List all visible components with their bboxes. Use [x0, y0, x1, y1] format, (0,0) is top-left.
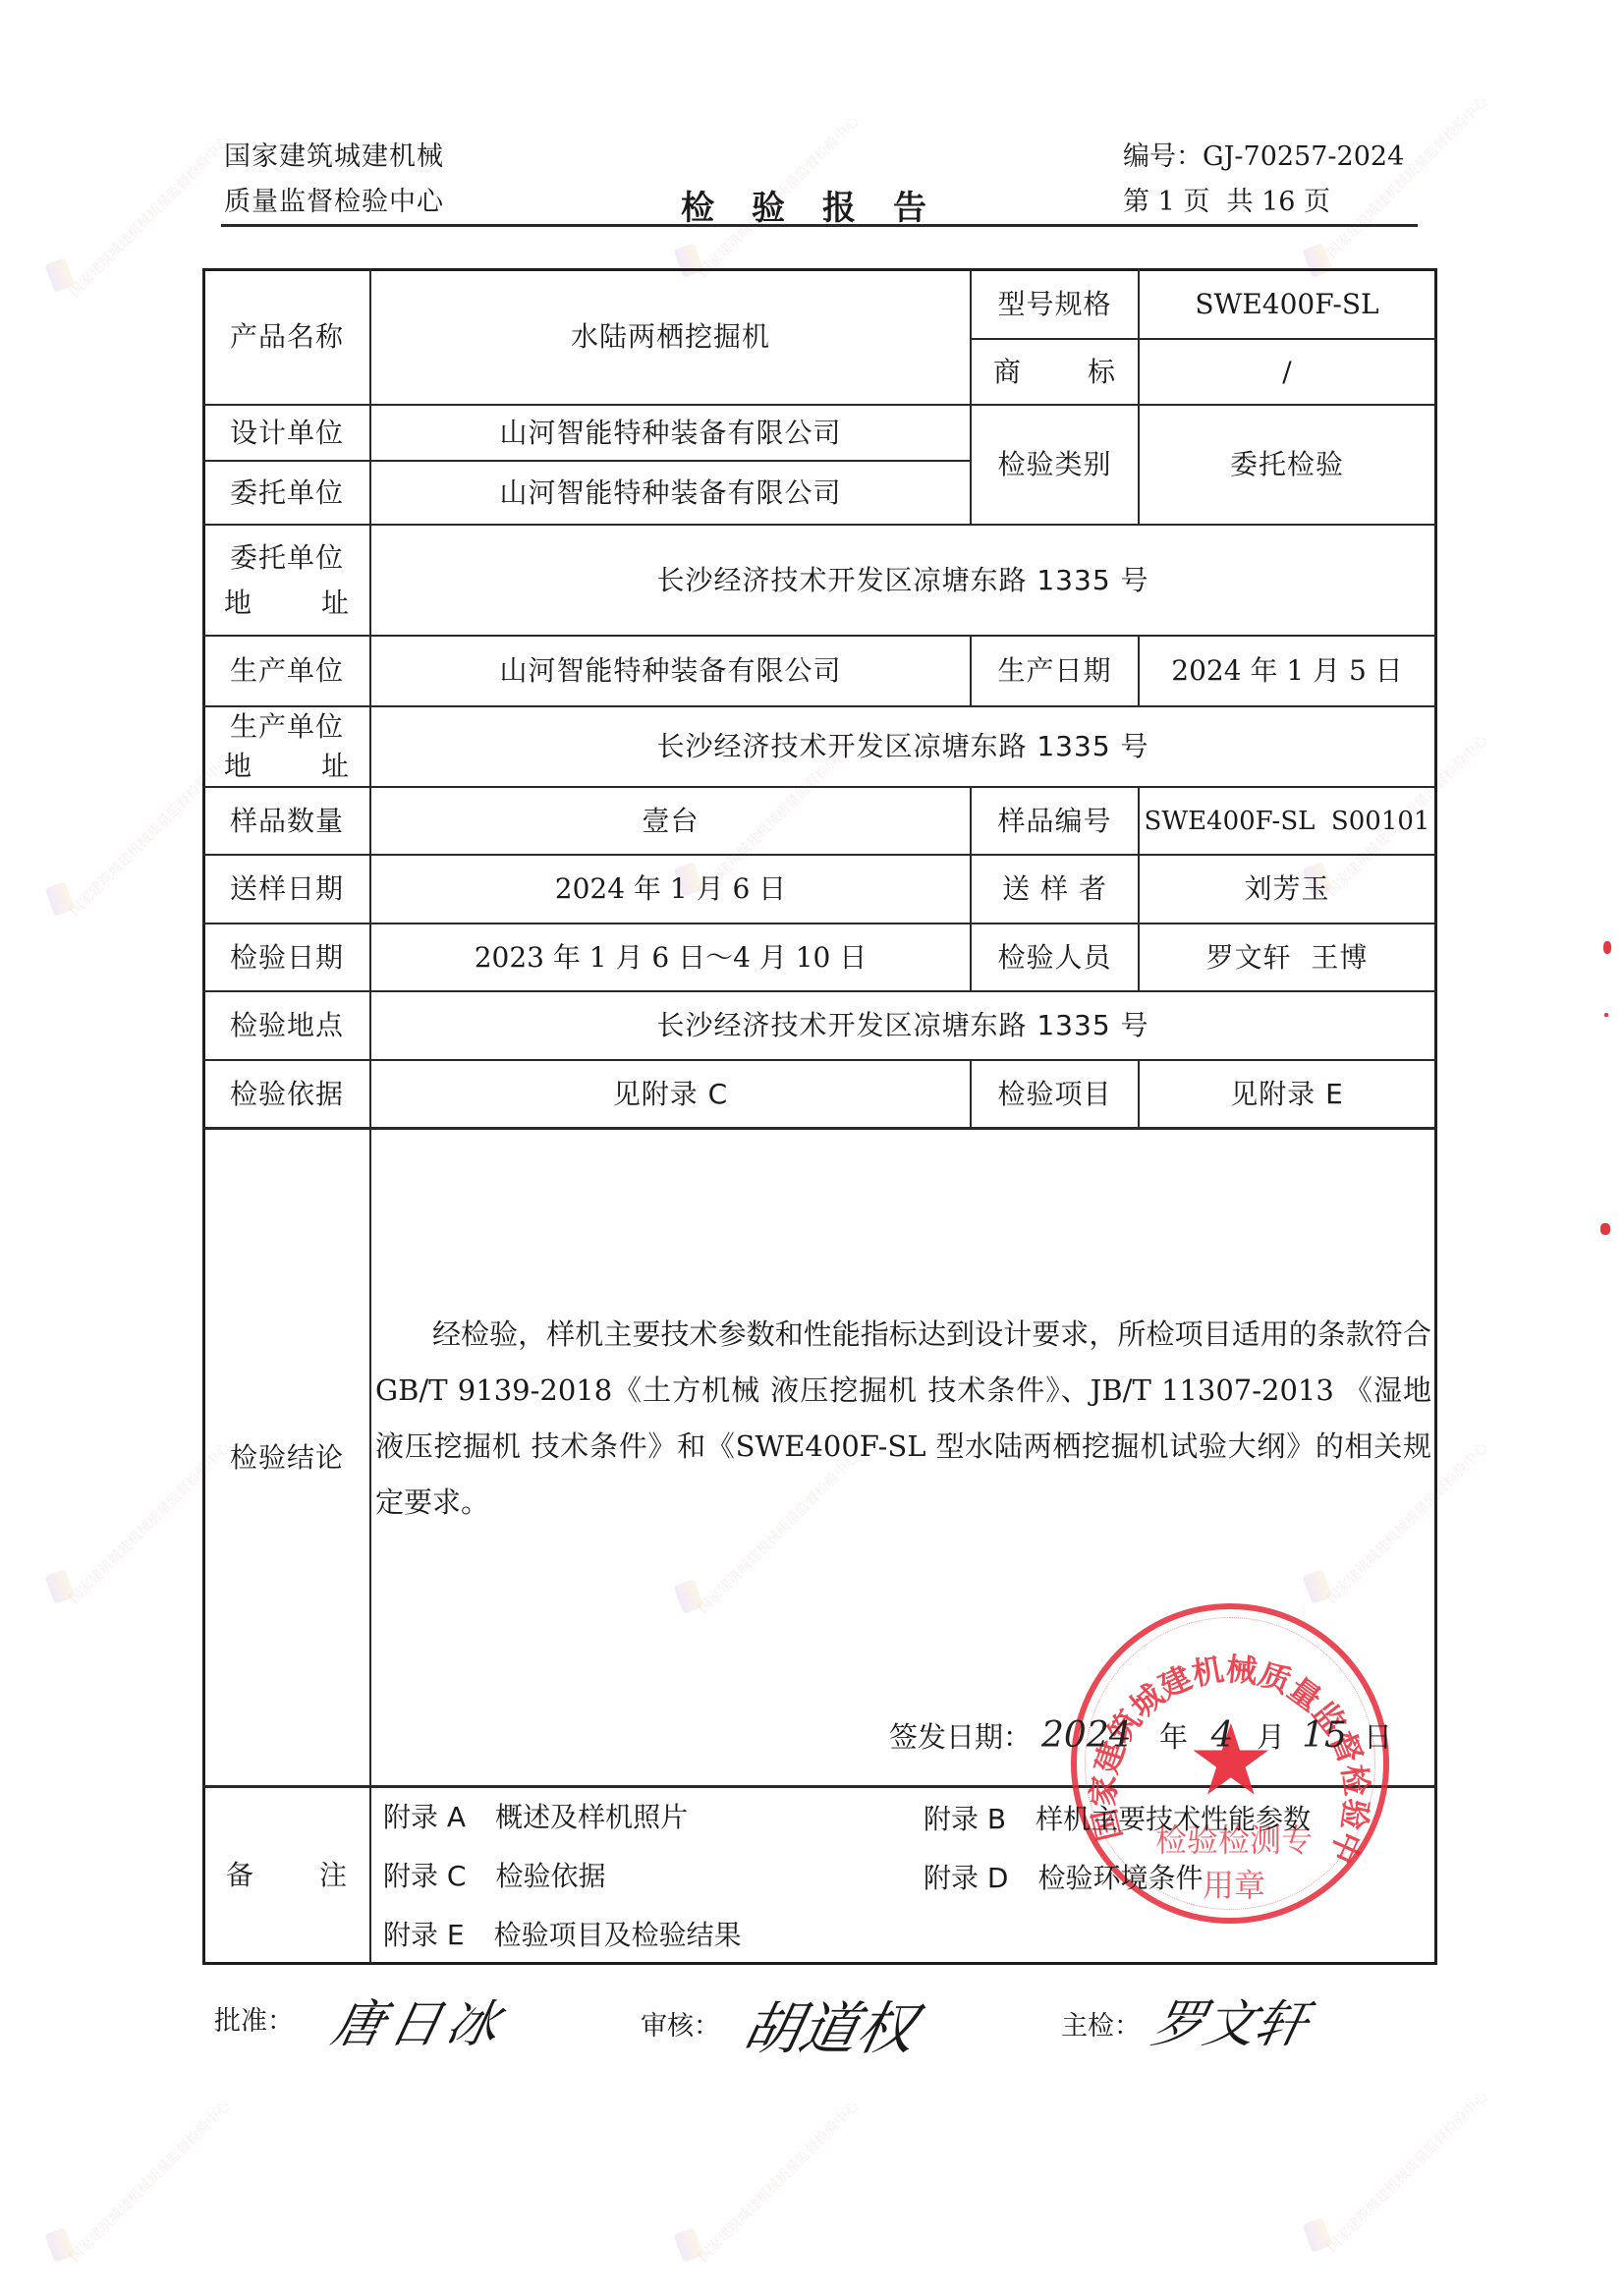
label-trademark: 商 标: [972, 340, 1138, 404]
value-model: SWE400F-SL: [1140, 270, 1434, 338]
label-conclusion: 检验结论: [204, 1130, 369, 1785]
label-inspectors: 检验人员: [972, 924, 1138, 990]
label-client-address-b: 址: [321, 581, 350, 626]
value-trademark: /: [1140, 340, 1434, 404]
watermark: 国家建筑城建机械质量监督检验中心: [65, 2097, 235, 2267]
conclusion-text-block: 经检验，样机主要技术参数和性能指标达到设计要求，所检项目适用的条款符合 GB/T…: [375, 1307, 1431, 1531]
value-production-date: 2024 年 1 月 5 日: [1140, 637, 1434, 705]
scan-artifact: [1603, 941, 1611, 954]
value-client-address: 长沙经济技术开发区凉塘东路 1335 号: [371, 526, 1434, 635]
appendix-key: 附录 E: [383, 1914, 465, 1953]
label-client-unit: 委托单位: [204, 462, 369, 524]
appendix-item: 附录 D 检验环境条件: [924, 1857, 1203, 1896]
appendix-key: 附录 C: [383, 1855, 466, 1894]
label-inspection-type: 检验类别: [972, 406, 1138, 524]
label-client-address-a: 地: [224, 581, 252, 626]
appendix-text: 检验项目及检验结果: [494, 1914, 742, 1953]
label-product-name: 产品名称: [204, 270, 369, 404]
watermark: 国家建筑城建机械质量监督检验中心: [694, 2097, 864, 2267]
divider: [203, 1785, 1436, 1788]
appendix-item: 附录 A 概述及样机照片: [383, 1796, 688, 1835]
issue-date: 签发日期： 2024 年 4 月 15 日: [889, 1715, 1392, 1756]
label-manufacturer-address-a: 地: [224, 747, 252, 786]
value-design-unit: 山河智能特种装备有限公司: [371, 406, 970, 460]
label-production-date: 生产日期: [972, 637, 1138, 705]
scan-artifact: [1600, 1223, 1610, 1235]
label-inspection-items: 检验项目: [972, 1061, 1138, 1127]
value-inspection-site: 长沙经济技术开发区凉塘东路 1335 号: [371, 992, 1434, 1059]
label-client-address: 委托单位 地址: [204, 526, 369, 635]
value-inspection-date: 2023 年 1 月 6 日～4 月 10 日: [371, 924, 970, 990]
value-manufacturer: 山河智能特种装备有限公司: [371, 637, 970, 705]
appendix-item: 附录 B 样机主要技术性能参数: [924, 1798, 1311, 1837]
label-manufacturer: 生产单位: [204, 637, 369, 705]
appendix-item: 附录 C 检验依据: [383, 1855, 605, 1894]
issue-year-unit: 年: [1159, 1715, 1188, 1756]
label-delivery-date: 送样日期: [204, 856, 369, 923]
page-title: 检验报告: [681, 181, 964, 229]
value-inspectors: 罗文轩 王博: [1140, 924, 1434, 990]
page-indicator: 第 1 页 共 16 页: [1123, 180, 1330, 224]
label-inspection-site: 检验地点: [204, 992, 369, 1059]
approve-label: 批准：: [214, 1999, 294, 2038]
divider: [203, 1127, 1436, 1130]
appendix-item: 附录 E 检验项目及检验结果: [383, 1914, 742, 1953]
conclusion-text: 经检验，样机主要技术参数和性能指标达到设计要求，所检项目适用的条款符合 GB/T…: [375, 1307, 1431, 1531]
value-inspection-type: 委托检验: [1140, 406, 1434, 524]
appendix-key: 附录 A: [383, 1796, 466, 1835]
label-manufacturer-address-line1: 生产单位: [224, 707, 350, 747]
header-rule: [221, 224, 1418, 227]
value-client-unit: 山河智能特种装备有限公司: [371, 462, 970, 524]
appendix-key: 附录 D: [924, 1857, 1008, 1896]
label-remarks-b: 注: [319, 1852, 348, 1899]
label-manufacturer-address: 生产单位 地址: [204, 707, 369, 786]
value-delivery-date: 2024 年 1 月 6 日: [371, 856, 970, 923]
issue-day: 15: [1295, 1715, 1354, 1756]
scan-artifact: [1604, 1013, 1608, 1017]
value-sample-qty: 壹台: [371, 788, 970, 854]
watermark: 国家建筑城建机械质量监督检验中心: [1322, 2087, 1492, 2257]
org-name-line2: 质量监督检验中心: [224, 180, 444, 224]
label-design-unit: 设计单位: [204, 406, 369, 460]
issue-year: 2024: [1041, 1715, 1149, 1756]
label-remarks-a: 备: [226, 1852, 254, 1899]
review-signature: 胡道权: [736, 1983, 924, 2065]
value-inspection-items: 见附录 E: [1140, 1061, 1434, 1127]
label-manufacturer-address-b: 址: [321, 747, 350, 786]
label-remarks: 备 注: [204, 1788, 369, 1963]
report-number: 编号：GJ-70257-2024: [1123, 135, 1404, 179]
issue-month-unit: 月: [1257, 1715, 1285, 1756]
label-sample-no: 样品编号: [972, 788, 1138, 854]
chief-inspector-label: 主检：: [1061, 2004, 1141, 2043]
label-trademark-b: 标: [1088, 349, 1116, 396]
issue-date-label: 签发日期：: [889, 1715, 1032, 1756]
org-name-line1: 国家建筑城建机械: [224, 135, 444, 179]
appendix-text: 检验环境条件: [1037, 1857, 1203, 1896]
label-sample-qty: 样品数量: [204, 788, 369, 854]
appendix-key: 附录 B: [924, 1798, 1006, 1837]
label-trademark-a: 商: [993, 349, 1022, 396]
value-sample-no: SWE400F-SL S00101: [1140, 788, 1434, 854]
value-product-name: 水陆两栖挖掘机: [371, 270, 970, 404]
label-sender: 送 样 者: [972, 856, 1138, 923]
label-inspection-basis: 检验依据: [204, 1061, 369, 1127]
label-inspection-date: 检验日期: [204, 924, 369, 990]
appendix-text: 概述及样机照片: [495, 1796, 688, 1835]
value-manufacturer-address: 长沙经济技术开发区凉塘东路 1335 号: [371, 707, 1434, 786]
chief-inspector-signature: 罗文轩: [1147, 1983, 1316, 2056]
issue-month: 4: [1198, 1715, 1247, 1756]
appendix-text: 检验依据: [495, 1855, 605, 1894]
issue-day-unit: 日: [1364, 1715, 1392, 1756]
label-model: 型号规格: [972, 270, 1138, 338]
value-inspection-basis: 见附录 C: [371, 1061, 970, 1127]
appendix-text: 样机主要技术性能参数: [1036, 1798, 1311, 1837]
value-sender: 刘芳玉: [1140, 856, 1434, 923]
label-client-address-line1: 委托单位: [224, 535, 350, 581]
approve-signature: 唐日冰: [326, 1983, 513, 2056]
review-label: 审核：: [641, 2004, 720, 2043]
